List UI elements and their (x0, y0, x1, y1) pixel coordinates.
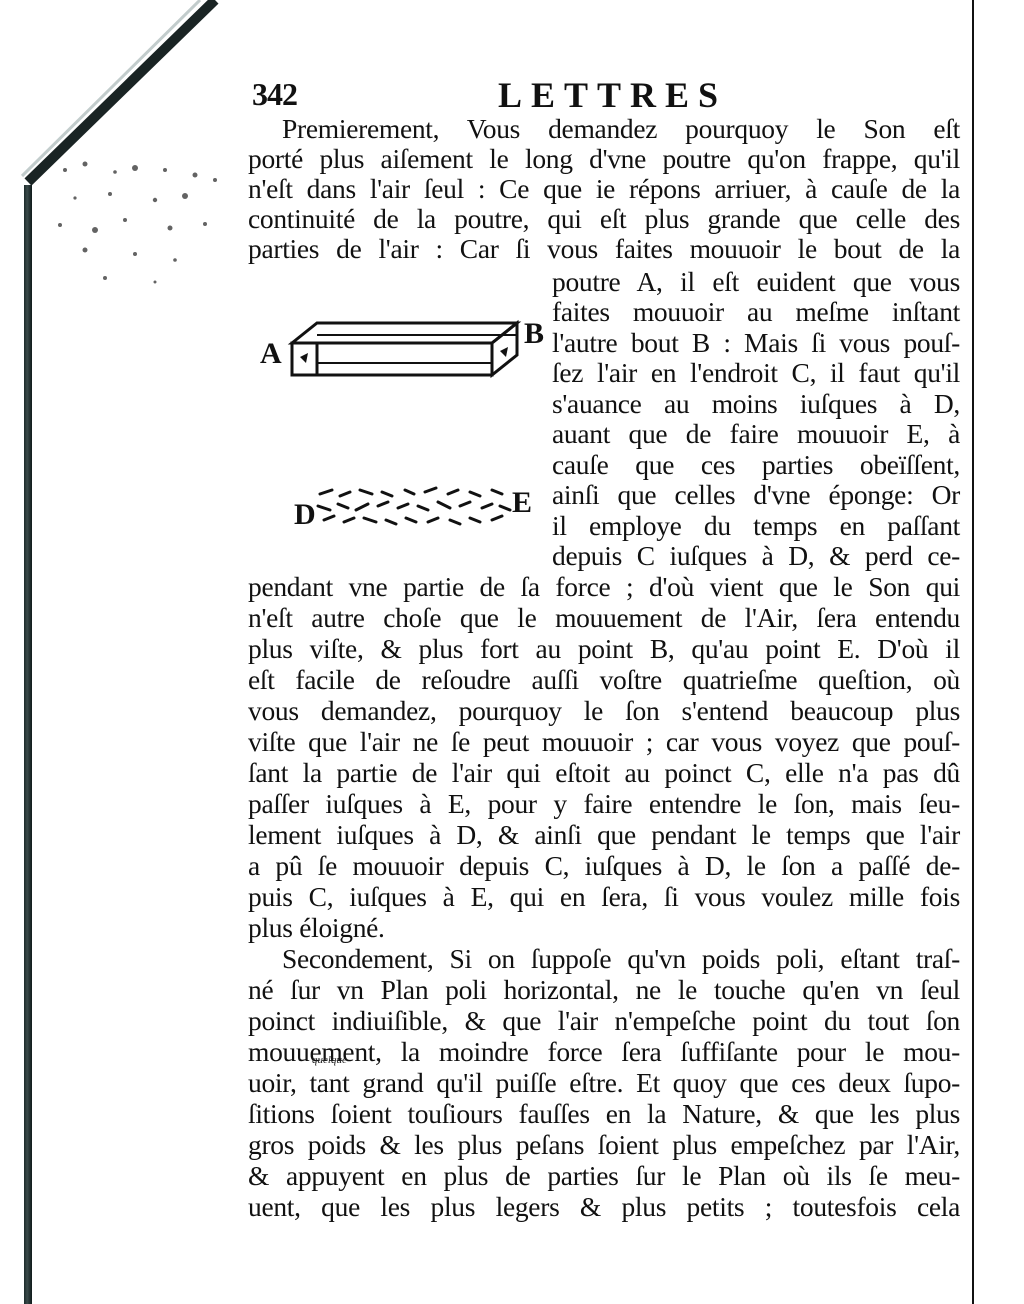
text-line: lement iuſques à D, & ainſi que pendant … (248, 820, 960, 850)
text-line: porté plus aiſement le long d'vne poutre… (248, 144, 960, 174)
sponge-label-e: E (512, 486, 532, 520)
text-line: mouuement, la moindre force ſera ſuffiſa… (248, 1037, 960, 1067)
text-line: & appuyent en plus de parties ſur le Pla… (248, 1161, 960, 1191)
page-number: 342 (252, 76, 297, 113)
text-line: n'eſt dans l'air ſeul : Ce que ie répons… (248, 174, 960, 204)
text-line: ainſi que celles d'vne éponge: Or (552, 480, 960, 510)
text-line: il employe du temps en paſſant (552, 511, 960, 541)
page-binding-edge (24, 185, 32, 1304)
faded-margin-note (55, 150, 245, 300)
text-line: gros poids & les plus peſans ſoient plus… (248, 1130, 960, 1160)
text-line: ſant la partie de l'air qui eſtoit au po… (248, 758, 960, 788)
page-right-edge (972, 0, 974, 1304)
text-line: ſez l'air en l'endroit C, il faut qu'il (552, 358, 960, 388)
text-line: auant que de faire mouuoir E, à (552, 419, 960, 449)
text-line: a pû ſe mouuoir depuis C, iuſques à D, l… (248, 851, 960, 881)
text-line: Secondement, Si on ſuppoſe qu'vn poids p… (248, 944, 960, 974)
text-line: l'autre bout B : Mais ſi vous pouſ- (552, 328, 960, 358)
text-line: né ſur vn Plan poli horizontal, ne le to… (248, 975, 960, 1005)
text-line: ſitions ſoient touſiours fauſſes en la N… (248, 1099, 960, 1129)
text-line: eſt facile de reſoudre auſſi voſtre quat… (248, 665, 960, 695)
text-line: cauſe que ces parties obeïſſent, (552, 450, 960, 480)
text-line: n'eſt autre choſe que le mouuement de l'… (248, 603, 960, 633)
text-line: parties de l'air : Car ſi vous faites mo… (248, 234, 960, 264)
text-line: viſte que l'air ne ſe peut mouuoir ; car… (248, 727, 960, 757)
running-title: LETTRES (498, 74, 727, 116)
sponge-illustration (310, 482, 530, 532)
sponge-figure: D E (290, 480, 550, 540)
beam-label-b: B (524, 317, 544, 351)
text-line: poutre A, il eſt euident que vous (552, 267, 960, 297)
text-line: faites mouuoir au meſme inſtant (552, 297, 960, 327)
text-line: continuité de la poutre, qui eſt plus gr… (248, 204, 960, 234)
beam-illustration (262, 315, 552, 385)
beam-label-a: A (260, 337, 282, 371)
text-line: puis C, iuſques à E, qui en ſera, ſi vou… (248, 882, 960, 912)
text-line: Premierement, Vous demandez pourquoy le … (248, 114, 960, 144)
text-line: uent, que les plus legers & plus petits … (248, 1192, 960, 1222)
text-line: poinct indiuiſible, & que l'air n'empeſc… (248, 1006, 960, 1036)
text-line: depuis C iuſques à D, & perd ce- (552, 541, 960, 571)
text-line: s'auance au moins iuſques à D, (552, 389, 960, 419)
text-line: pendant vne partie de ſa force ; d'où vi… (248, 572, 960, 602)
text-line: paſſer iuſques à E, pour y faire entendr… (248, 789, 960, 819)
sponge-label-d: D (294, 498, 316, 532)
text-line: plus viſte, & plus fort au point B, qu'a… (248, 634, 960, 664)
text-line: plus éloigné. (248, 913, 960, 943)
handwritten-correction: quelque (312, 1054, 347, 1066)
text-line: vous demandez, pourquoy le ſon s'entend … (248, 696, 960, 726)
text-line: uoir, tant grand qu'il puiſſe eſtre. Et … (248, 1068, 960, 1098)
running-head: 342 LETTRES (248, 74, 968, 114)
beam-figure: A B (262, 315, 552, 385)
